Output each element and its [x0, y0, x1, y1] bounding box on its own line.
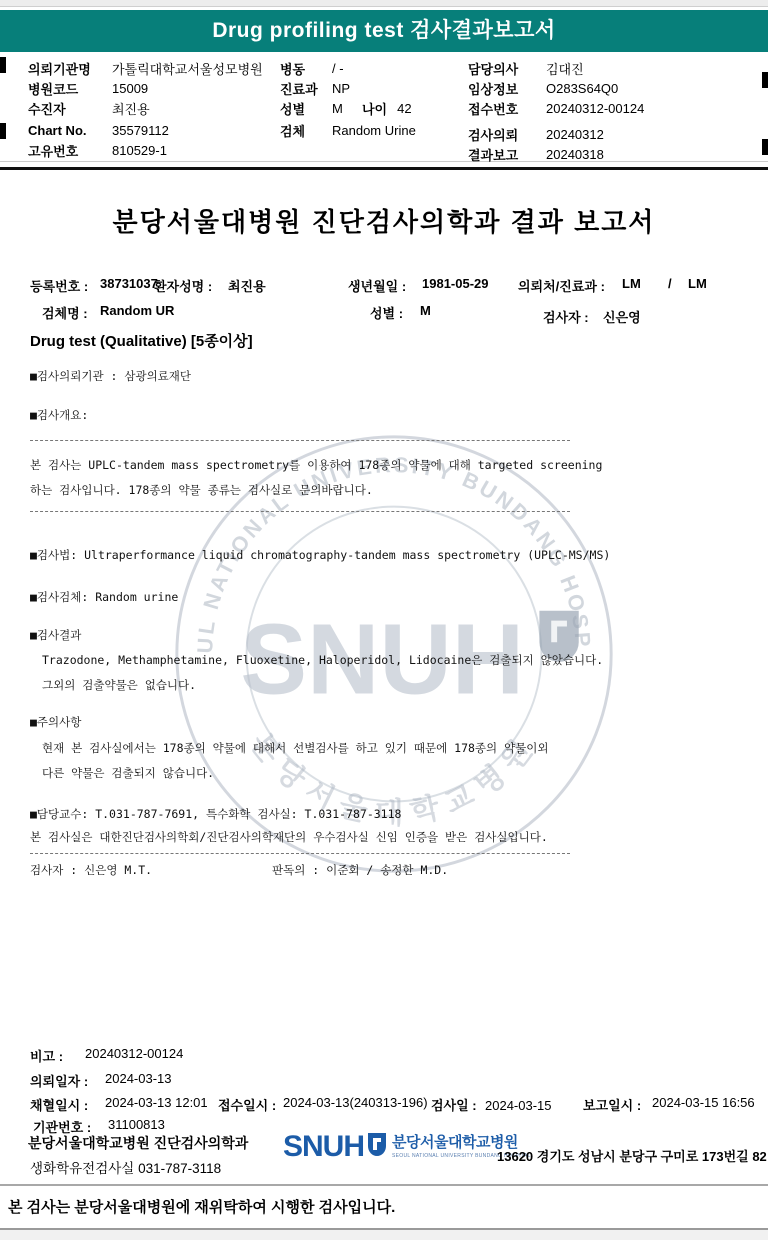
field-row: 결과보고20240318 — [468, 144, 644, 164]
patient-reg-value: 38731037 — [100, 276, 158, 291]
scan-mark — [0, 57, 6, 73]
section-result: ■검사결과 — [30, 627, 81, 643]
note-label: 비고 : — [30, 1046, 63, 1065]
report-banner-title: Drug profiling test 검사결과보고서 — [0, 10, 768, 52]
receipt-time-value: 2024-03-13(240313-196) — [283, 1095, 428, 1110]
field-row: 검사의뢰20240312 — [468, 124, 644, 144]
field-value: 20240312-00124 — [546, 101, 644, 116]
header-col-left: 의뢰기관명가톨릭대학교서울성모병원 병원코드15009 수진자최진용 Chart… — [28, 58, 263, 160]
overview-text-2: 하는 검사입니다. 178종의 약물 종류는 검사실로 문의바랍니다. — [30, 482, 373, 498]
header-col-right: 담당의사김대진 임상정보O283S64Q0 접수번호20240312-00124… — [468, 58, 644, 164]
section-specimen: ■검사검체: Random urine — [30, 589, 178, 605]
receipt-time-label: 접수일시 : — [218, 1095, 276, 1114]
patient-name-label: 환자성명 : — [154, 276, 212, 295]
divider — [0, 1228, 768, 1230]
outsourcing-note: 본 검사는 분당서울대병원에 재위탁하여 시행한 검사입니다. — [8, 1196, 395, 1217]
field-row: Chart No.35579112 — [28, 120, 263, 140]
hospital-address: 13620 경기도 성남시 분당구 구미로 173번길 82 — [497, 1146, 767, 1165]
field-row: 성별M나이42 — [280, 98, 416, 118]
hospital-dept-line1: 분당서울대학교병원 진단검사의학과 — [28, 1133, 248, 1153]
patient-birth-value: 1981-05-29 — [422, 276, 489, 291]
specimen-label: 검체명 : — [42, 303, 88, 322]
section-overview: ■검사개요: — [30, 407, 88, 423]
field-value: 35579112 — [112, 123, 169, 138]
field-label: 병동 — [280, 59, 332, 78]
bottom-strip — [0, 1230, 768, 1240]
field-label: 검체 — [280, 121, 332, 140]
field-value: Random Urine — [332, 123, 416, 138]
field-label: 병원코드 — [28, 79, 112, 98]
divider — [0, 161, 768, 162]
field-value: 가톨릭대학교서울성모병원 — [112, 59, 263, 78]
dashed-divider — [30, 511, 570, 513]
field-value: 810529-1 — [112, 143, 167, 158]
field-label: Chart No. — [28, 123, 112, 138]
request-date-label: 의뢰일자 : — [30, 1071, 88, 1090]
patient-dept-value: LM — [622, 276, 641, 291]
patient-dept-sep: / — [668, 276, 672, 291]
note-value: 20240312-00124 — [85, 1046, 183, 1061]
scan-mark — [762, 72, 768, 88]
dashed-divider — [30, 440, 570, 442]
field-row: 검체Random Urine — [280, 120, 416, 140]
snuh-logo-text: SNUH — [283, 1132, 364, 1162]
snuh-shield-icon — [367, 1132, 387, 1157]
patient-sex-label: 성별 : — [370, 303, 403, 322]
field-value: 20240312 — [546, 127, 604, 142]
field-value: NP — [332, 81, 350, 96]
collect-time-value: 2024-03-13 12:01 — [105, 1095, 208, 1110]
accreditation-text: 본 검사실은 대한진단검사의학회/진단검사의학재단의 우수검사실 신임 인증을 … — [30, 829, 548, 845]
section-contact: ■담당교수: T.031-787-7691, 특수화학 검사실: T.031-7… — [30, 806, 401, 822]
top-strip — [0, 0, 768, 7]
field-value: / - — [332, 61, 344, 76]
examiner-value: 신은영 — [603, 307, 641, 326]
patient-sex-value: M — [420, 303, 431, 318]
field-value: M — [332, 101, 362, 116]
field-value: 최진용 — [112, 99, 150, 118]
header-col-middle: 병동/ - 진료과NP 성별M나이42 검체Random Urine — [280, 58, 416, 140]
field-value: O283S64Q0 — [546, 81, 618, 96]
dashed-divider — [30, 853, 570, 855]
scan-mark — [0, 123, 6, 139]
section-method: ■검사법: Ultraperformance liquid chromatogr… — [30, 547, 610, 563]
field-value: 김대진 — [546, 59, 584, 78]
request-date-value: 2024-03-13 — [105, 1071, 172, 1086]
report-title: 분당서울대병원 진단검사의학과 결과 보고서 — [0, 202, 768, 239]
field-label: 나이 — [362, 99, 387, 118]
field-row: 고유번호810529-1 — [28, 140, 263, 160]
tester-signature: 검사자 : 신은영 M.T. — [30, 862, 152, 878]
org-number-value: 31100813 — [108, 1117, 165, 1132]
examiner-label: 검사자 : — [543, 307, 589, 326]
section-caution: ■주의사항 — [30, 714, 81, 730]
test-date-value: 2024-03-15 — [485, 1098, 552, 1113]
collect-time-label: 채혈일시 : — [30, 1095, 88, 1114]
test-date-label: 검사일 : — [431, 1095, 477, 1114]
field-label: 의뢰기관명 — [28, 59, 112, 78]
field-row: 진료과NP — [280, 78, 416, 98]
field-label: 결과보고 — [468, 145, 546, 164]
field-label: 담당의사 — [468, 59, 546, 78]
field-label: 임상정보 — [468, 79, 546, 98]
section-request-org: ■검사의뢰기관 : 삼광의료재단 — [30, 368, 191, 384]
divider — [0, 167, 768, 170]
field-row: 수진자최진용 — [28, 98, 263, 118]
caution-text-2: 다른 약물은 검출되지 않습니다. — [42, 765, 214, 781]
snuh-logo: SNUH 분당서울대학교병원 SEOUL NATIONAL UNIVERSITY… — [283, 1126, 531, 1168]
report-time-label: 보고일시 : — [583, 1095, 641, 1114]
field-row: 의뢰기관명가톨릭대학교서울성모병원 — [28, 58, 263, 78]
patient-name-value: 최진용 — [228, 276, 266, 295]
hospital-dept-line2: 생화학유전검사실 031-787-3118 — [30, 1157, 221, 1177]
field-value: 20240318 — [546, 147, 604, 162]
field-label: 접수번호 — [468, 99, 546, 118]
field-value: 42 — [397, 101, 411, 116]
field-value: 15009 — [112, 81, 148, 96]
field-label: 고유번호 — [28, 141, 112, 160]
test-title: Drug test (Qualitative) [5종이상] — [30, 330, 253, 351]
field-row: 병원코드15009 — [28, 78, 263, 98]
field-label: 진료과 — [280, 79, 332, 98]
field-label: 수진자 — [28, 99, 112, 118]
specimen-value: Random UR — [100, 303, 174, 318]
report-time-value: 2024-03-15 16:56 — [652, 1095, 755, 1110]
patient-dept2-value: LM — [688, 276, 707, 291]
field-label: 검사의뢰 — [468, 125, 546, 144]
overview-text-1: 본 검사는 UPLC-tandem mass spectrometry를 이용하… — [30, 457, 602, 473]
result-text-1: Trazodone, Methamphetamine, Fluoxetine, … — [42, 652, 603, 668]
result-text-2: 그외의 검출약물은 없습니다. — [42, 677, 196, 693]
field-row: 담당의사김대진 — [468, 58, 644, 78]
divider — [0, 1184, 768, 1186]
scan-mark — [762, 139, 768, 155]
caution-text-1: 현재 본 검사실에서는 178종의 약물에 대해서 선별검사를 하고 있기 때문… — [42, 740, 549, 756]
reader-signature: 판독의 : 이준회 / 송정한 M.D. — [272, 862, 448, 878]
field-label: 성별 — [280, 99, 332, 118]
patient-dept-label: 의뢰처/진료과 : — [518, 276, 605, 295]
field-row: 임상정보O283S64Q0 — [468, 78, 644, 98]
field-row: 접수번호20240312-00124 — [468, 98, 644, 118]
field-row: 병동/ - — [280, 58, 416, 78]
patient-reg-label: 등록번호 : — [30, 276, 88, 295]
patient-birth-label: 생년월일 : — [348, 276, 406, 295]
